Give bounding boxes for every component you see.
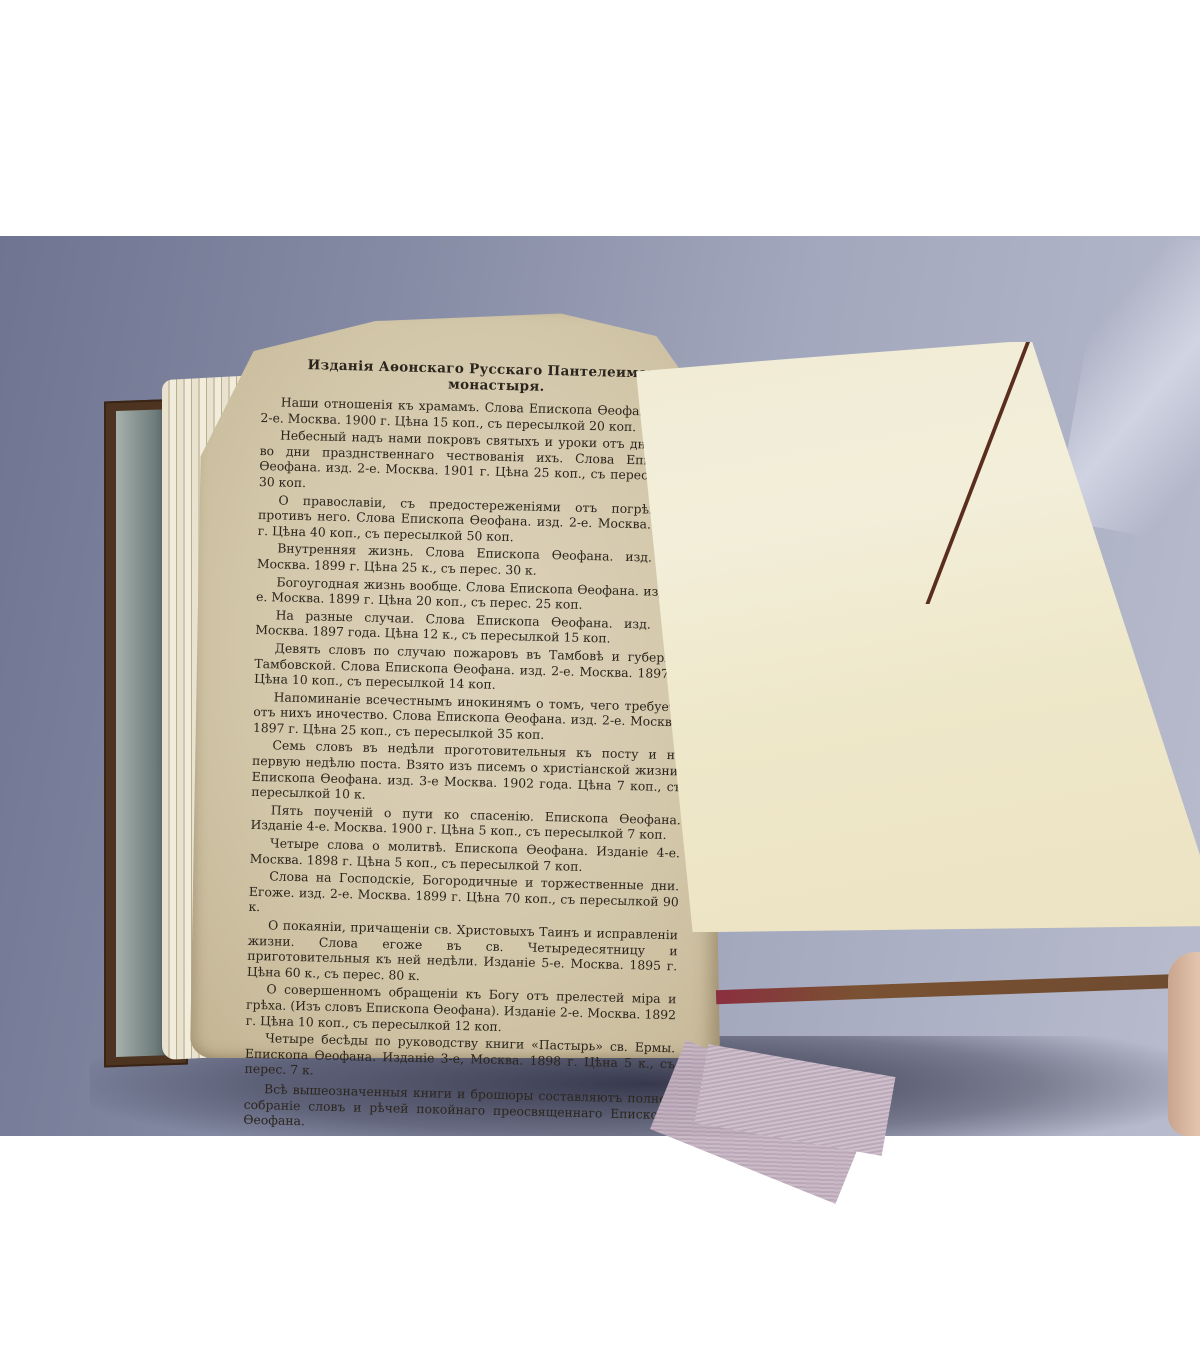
publication-entry: О покаяніи, причащеніи св. Христовыхъ Та… (247, 917, 678, 990)
publication-entry: Семь словъ въ недѣли проготовительныя къ… (251, 737, 682, 810)
holding-finger (1168, 952, 1200, 1136)
publication-entry: О православіи, съ предостереженіями отъ … (258, 492, 689, 549)
publication-entry: Небесный надъ нами покровъ святыхъ и уро… (259, 427, 690, 500)
publication-entry: Четыре бесѣды по руководству книги «Паст… (244, 1030, 675, 1087)
publication-entry: Напоминаніе всечестнымъ инокинямъ о томъ… (253, 689, 684, 746)
publication-entry: Слова на Господскіе, Богородичные и торж… (248, 868, 679, 925)
left-page-text: Изданія Аѳонскаго Русскаго Пантелеимонов… (243, 356, 692, 1138)
publication-entry: Девять словъ по случаю пожаровъ въ Тамбо… (254, 640, 685, 697)
publication-entry: О совершенномъ обращеніи къ Богу отъ пре… (246, 981, 677, 1038)
